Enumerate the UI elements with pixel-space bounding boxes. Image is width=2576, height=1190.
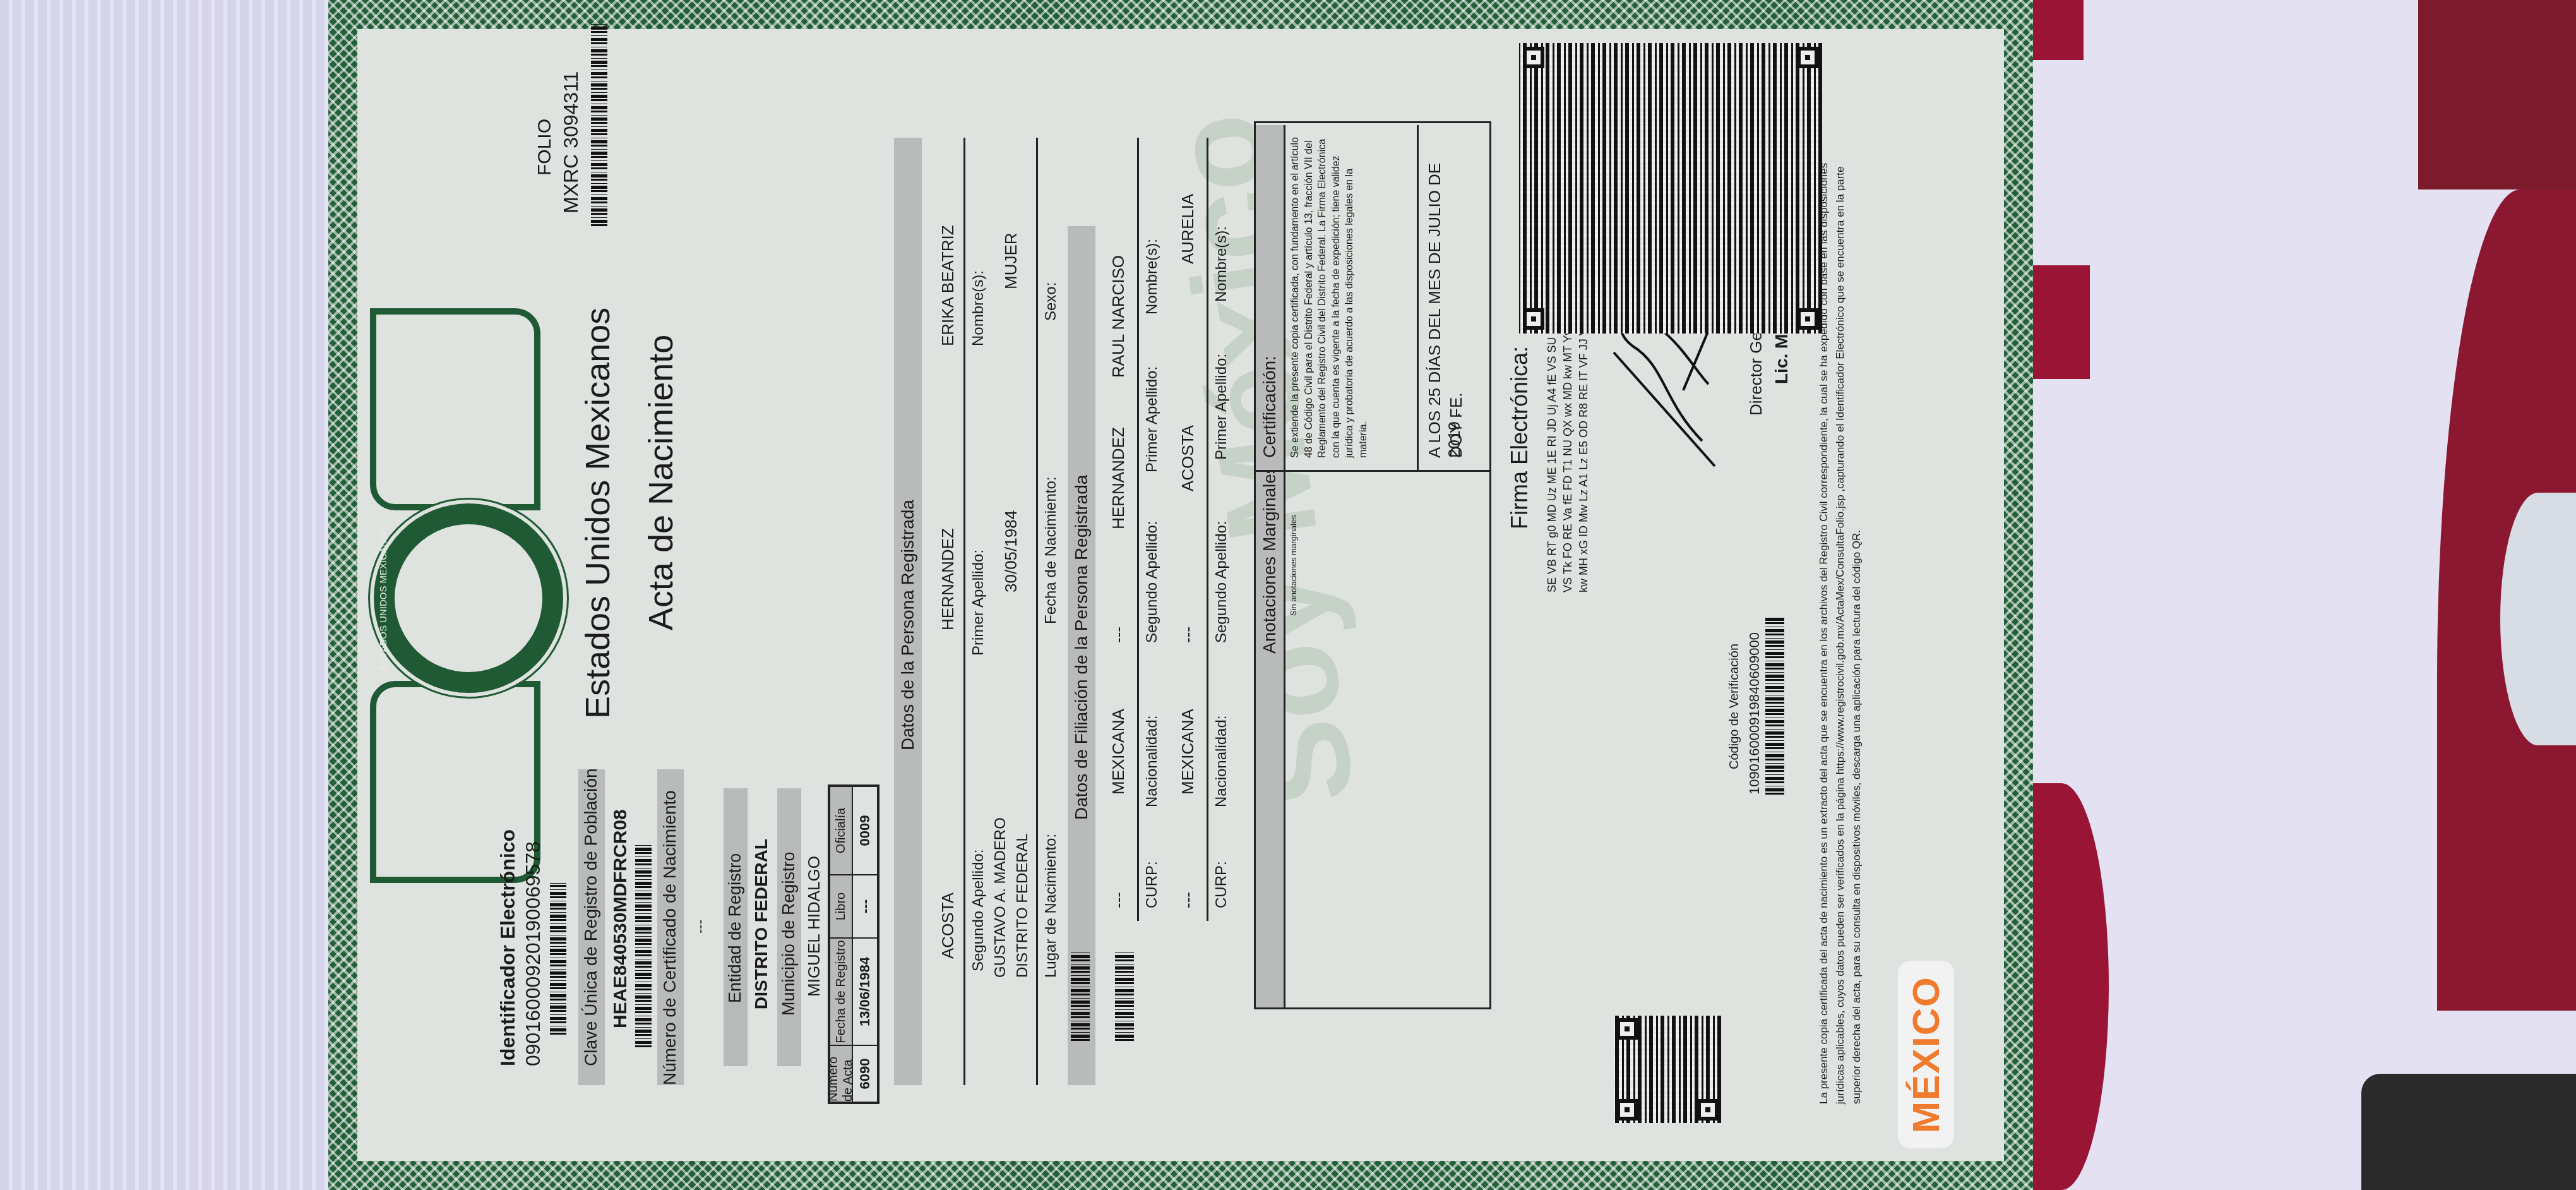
divider: [1036, 138, 1038, 1085]
divider: [1417, 125, 1419, 470]
persona-segundo-apellido-label: Segundo Apellido:: [970, 850, 987, 972]
table-cell: 13/06/1984: [852, 938, 878, 1045]
divider: [1256, 470, 1489, 472]
persona-primer-apellido-label: Primer Apellido:: [970, 550, 987, 656]
document-title: Acta de Nacimiento: [641, 335, 681, 630]
identificador-value: 09016000920190069578: [522, 841, 545, 1066]
madre-segundo-apellido-label: Segundo Apellido:: [1213, 521, 1231, 644]
padre-nombre-label: Nombre(s):: [1143, 239, 1161, 315]
curp-barcode-madre: [1115, 953, 1134, 1041]
table-cell: ---: [852, 875, 878, 938]
persona-segundo-apellido: ACOSTA: [938, 892, 958, 959]
footer-line-3: superior derecha del acta, para su consu…: [1849, 30, 1865, 1104]
certificate-paper: Soy México FOLIO MXRC 3094311 ESTADOS UN…: [357, 29, 2004, 1161]
padre-primer-apellido: HERNANDEZ: [1109, 427, 1128, 529]
country-title: Estados Unidos Mexicanos: [578, 308, 617, 719]
table-header: Número de Acta: [830, 1045, 852, 1102]
table-cell: 6090: [852, 1045, 878, 1102]
entidad-label: Entidad de Registro: [725, 853, 745, 1003]
madre-segundo-apellido: ---: [1178, 627, 1198, 643]
anotaciones-body: Sin anotaciones marginales: [1287, 515, 1300, 616]
curp-barcode-padre: [1071, 953, 1090, 1041]
verificacion-label: Código de Verificación: [1727, 644, 1742, 769]
persona-fecha-label: Fecha de Nacimiento:: [1042, 477, 1060, 624]
bag-zipper: [2361, 1074, 2576, 1190]
municipio-label: Municipio de Registro: [779, 851, 799, 1016]
madre-nacionalidad-label: Nacionalidad:: [1213, 716, 1231, 807]
madre-curp-label: CURP:: [1213, 861, 1231, 908]
curp-value: HEAE840530MDFRCR08: [610, 809, 631, 1028]
madre-curp: ---: [1178, 892, 1198, 908]
fabric-red-corner: [2418, 0, 2576, 189]
padre-curp: ---: [1109, 892, 1128, 908]
mexico-stamp: MÉXICO: [1898, 961, 1954, 1148]
curp-barcode: [635, 845, 652, 1047]
identificador-barcode: [550, 883, 566, 1035]
certificacion-title: Certificación:: [1260, 356, 1280, 458]
verificacion-value: 109016000919840609000: [1746, 632, 1763, 795]
national-coat-of-arms: ESTADOS UNIDOS MEXICANOS: [370, 500, 567, 697]
persona-sexo: MUJER: [1001, 232, 1021, 289]
curp-label: Clave Única de Registro de Población: [581, 768, 601, 1066]
divider: [963, 138, 965, 1085]
folio-barcode: [591, 24, 607, 226]
folio-label: FOLIO: [534, 119, 556, 176]
fabric-background-left: [0, 0, 328, 1190]
qr-code-small[interactable]: [1614, 1016, 1721, 1123]
persona-lugar-label: Lugar de Nacimiento:: [1042, 834, 1060, 978]
identificador-label: Identificador Electrónico: [496, 829, 520, 1066]
table-header: Fecha de Registro: [830, 938, 852, 1045]
padre-nacionalidad: MEXICANA: [1109, 709, 1128, 795]
filiacion-section-title: Datos de Filiación de la Persona Registr…: [1071, 475, 1092, 820]
municipio-value: MIGUEL HIDALGO: [804, 856, 824, 997]
padre-primer-apellido-label: Primer Apellido:: [1143, 366, 1161, 472]
madre-nombre: AURELIA: [1178, 194, 1198, 264]
table-header: Libro: [830, 875, 852, 938]
divider: [1137, 138, 1139, 921]
persona-lugar-linea1: GUSTAVO A. MADERO: [992, 817, 1010, 978]
anotaciones-title: Anotaciones Marginales:: [1260, 460, 1280, 654]
divider: [1207, 138, 1208, 921]
entidad-value: DISTRITO FEDERAL: [751, 839, 772, 1009]
certificado-label: Número de Certificado de Nacimiento: [660, 790, 680, 1085]
madre-primer-apellido: ACOSTA: [1178, 425, 1198, 491]
padre-curp-label: CURP:: [1143, 861, 1161, 908]
birth-certificate: Soy México FOLIO MXRC 3094311 ESTADOS UN…: [328, 0, 2033, 1190]
certificacion-doy-fe: DOY FE.: [1446, 392, 1466, 458]
decorative-scroll-left: [370, 308, 540, 510]
birth-certificate-photo: Soy México FOLIO MXRC 3094311 ESTADOS UN…: [328, 0, 2033, 1190]
eagle-emblem-icon: [393, 522, 544, 674]
verificacion-barcode: [1765, 618, 1784, 795]
qr-code-large[interactable]: [1519, 43, 1822, 334]
padre-nombre: RAUL NARCISO: [1109, 255, 1128, 378]
persona-sexo-label: Sexo:: [1042, 282, 1060, 321]
registro-table: Número de Acta Libro Fecha de Registro O…: [828, 784, 880, 1104]
certificacion-body: Se extiende la presente copia certificad…: [1289, 136, 1371, 458]
fabric-white-patch: [2500, 493, 2576, 745]
footer-line-2: jurídicas aplicables, cuyos datos pueden…: [1832, 30, 1849, 1104]
persona-nombre: ERIKA BEATRIZ: [938, 225, 958, 346]
table-cell: 0009: [852, 786, 878, 875]
persona-fecha-nacimiento: 30/05/1984: [1001, 510, 1021, 592]
footer-line-1: La presente copia certificada del acta d…: [1816, 30, 1832, 1104]
madre-primer-apellido-label: Primer Apellido:: [1213, 354, 1231, 460]
padre-segundo-apellido: ---: [1109, 627, 1128, 643]
persona-lugar-linea2: DISTRITO FEDERAL: [1014, 833, 1032, 978]
madre-nacionalidad: MEXICANA: [1178, 709, 1198, 795]
padre-segundo-apellido-label: Segundo Apellido:: [1143, 521, 1161, 644]
persona-primer-apellido: HERNANDEZ: [938, 528, 958, 630]
table-header: Oficialía: [830, 786, 852, 875]
firma-title: Firma Electrónica:: [1506, 346, 1533, 529]
folio-number: MXRC 3094311: [559, 71, 583, 213]
padre-nacionalidad-label: Nacionalidad:: [1143, 716, 1161, 807]
madre-nombre-label: Nombre(s):: [1213, 226, 1231, 302]
anotaciones-certificacion-box: Anotaciones Marginales: Sin anotaciones …: [1254, 121, 1491, 1009]
persona-section-title: Datos de la Persona Registrada: [898, 500, 918, 750]
certificado-value: ---: [692, 920, 708, 934]
persona-nombre-label: Nombre(s):: [970, 270, 987, 346]
